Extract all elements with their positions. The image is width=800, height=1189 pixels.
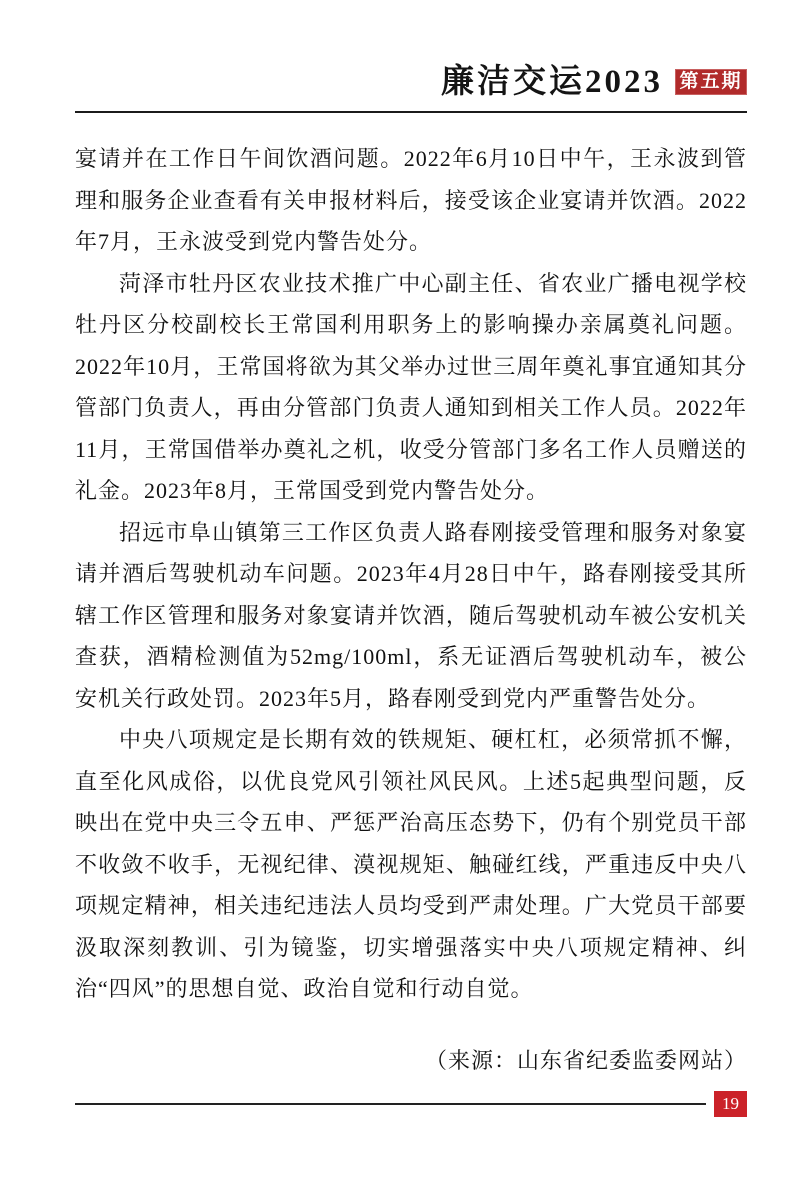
document-page: 廉洁交运2023 第五期 宴请并在工作日午间饮酒问题。2022年6月10日中午，… [0, 0, 800, 1189]
paragraph: 招远市阜山镇第三工作区负责人路春刚接受管理和服务对象宴请并酒后驾驶机动车问题。2… [75, 512, 747, 720]
paragraph: 菏泽市牡丹区农业技术推广中心副主任、省农业广播电视学校牡丹区分校副校长王常国利用… [75, 263, 747, 512]
footer-rule [75, 1103, 706, 1105]
source-attribution: （来源：山东省纪委监委网站） [75, 1040, 747, 1082]
page-header: 廉洁交运2023 第五期 [75, 62, 747, 106]
paragraph: 中央八项规定是长期有效的铁规矩、硬杠杠，必须常抓不懈，直至化风成俗，以优良党风引… [75, 719, 747, 1010]
article-body: 宴请并在工作日午间饮酒问题。2022年6月10日中午，王永波到管理和服务企业查看… [75, 138, 747, 1081]
header-rule [75, 111, 747, 113]
paragraph: 宴请并在工作日午间饮酒问题。2022年6月10日中午，王永波到管理和服务企业查看… [75, 138, 747, 263]
page-number-badge: 19 [714, 1091, 747, 1117]
masthead-title: 廉洁交运2023 [441, 62, 663, 102]
issue-badge: 第五期 [675, 69, 747, 95]
